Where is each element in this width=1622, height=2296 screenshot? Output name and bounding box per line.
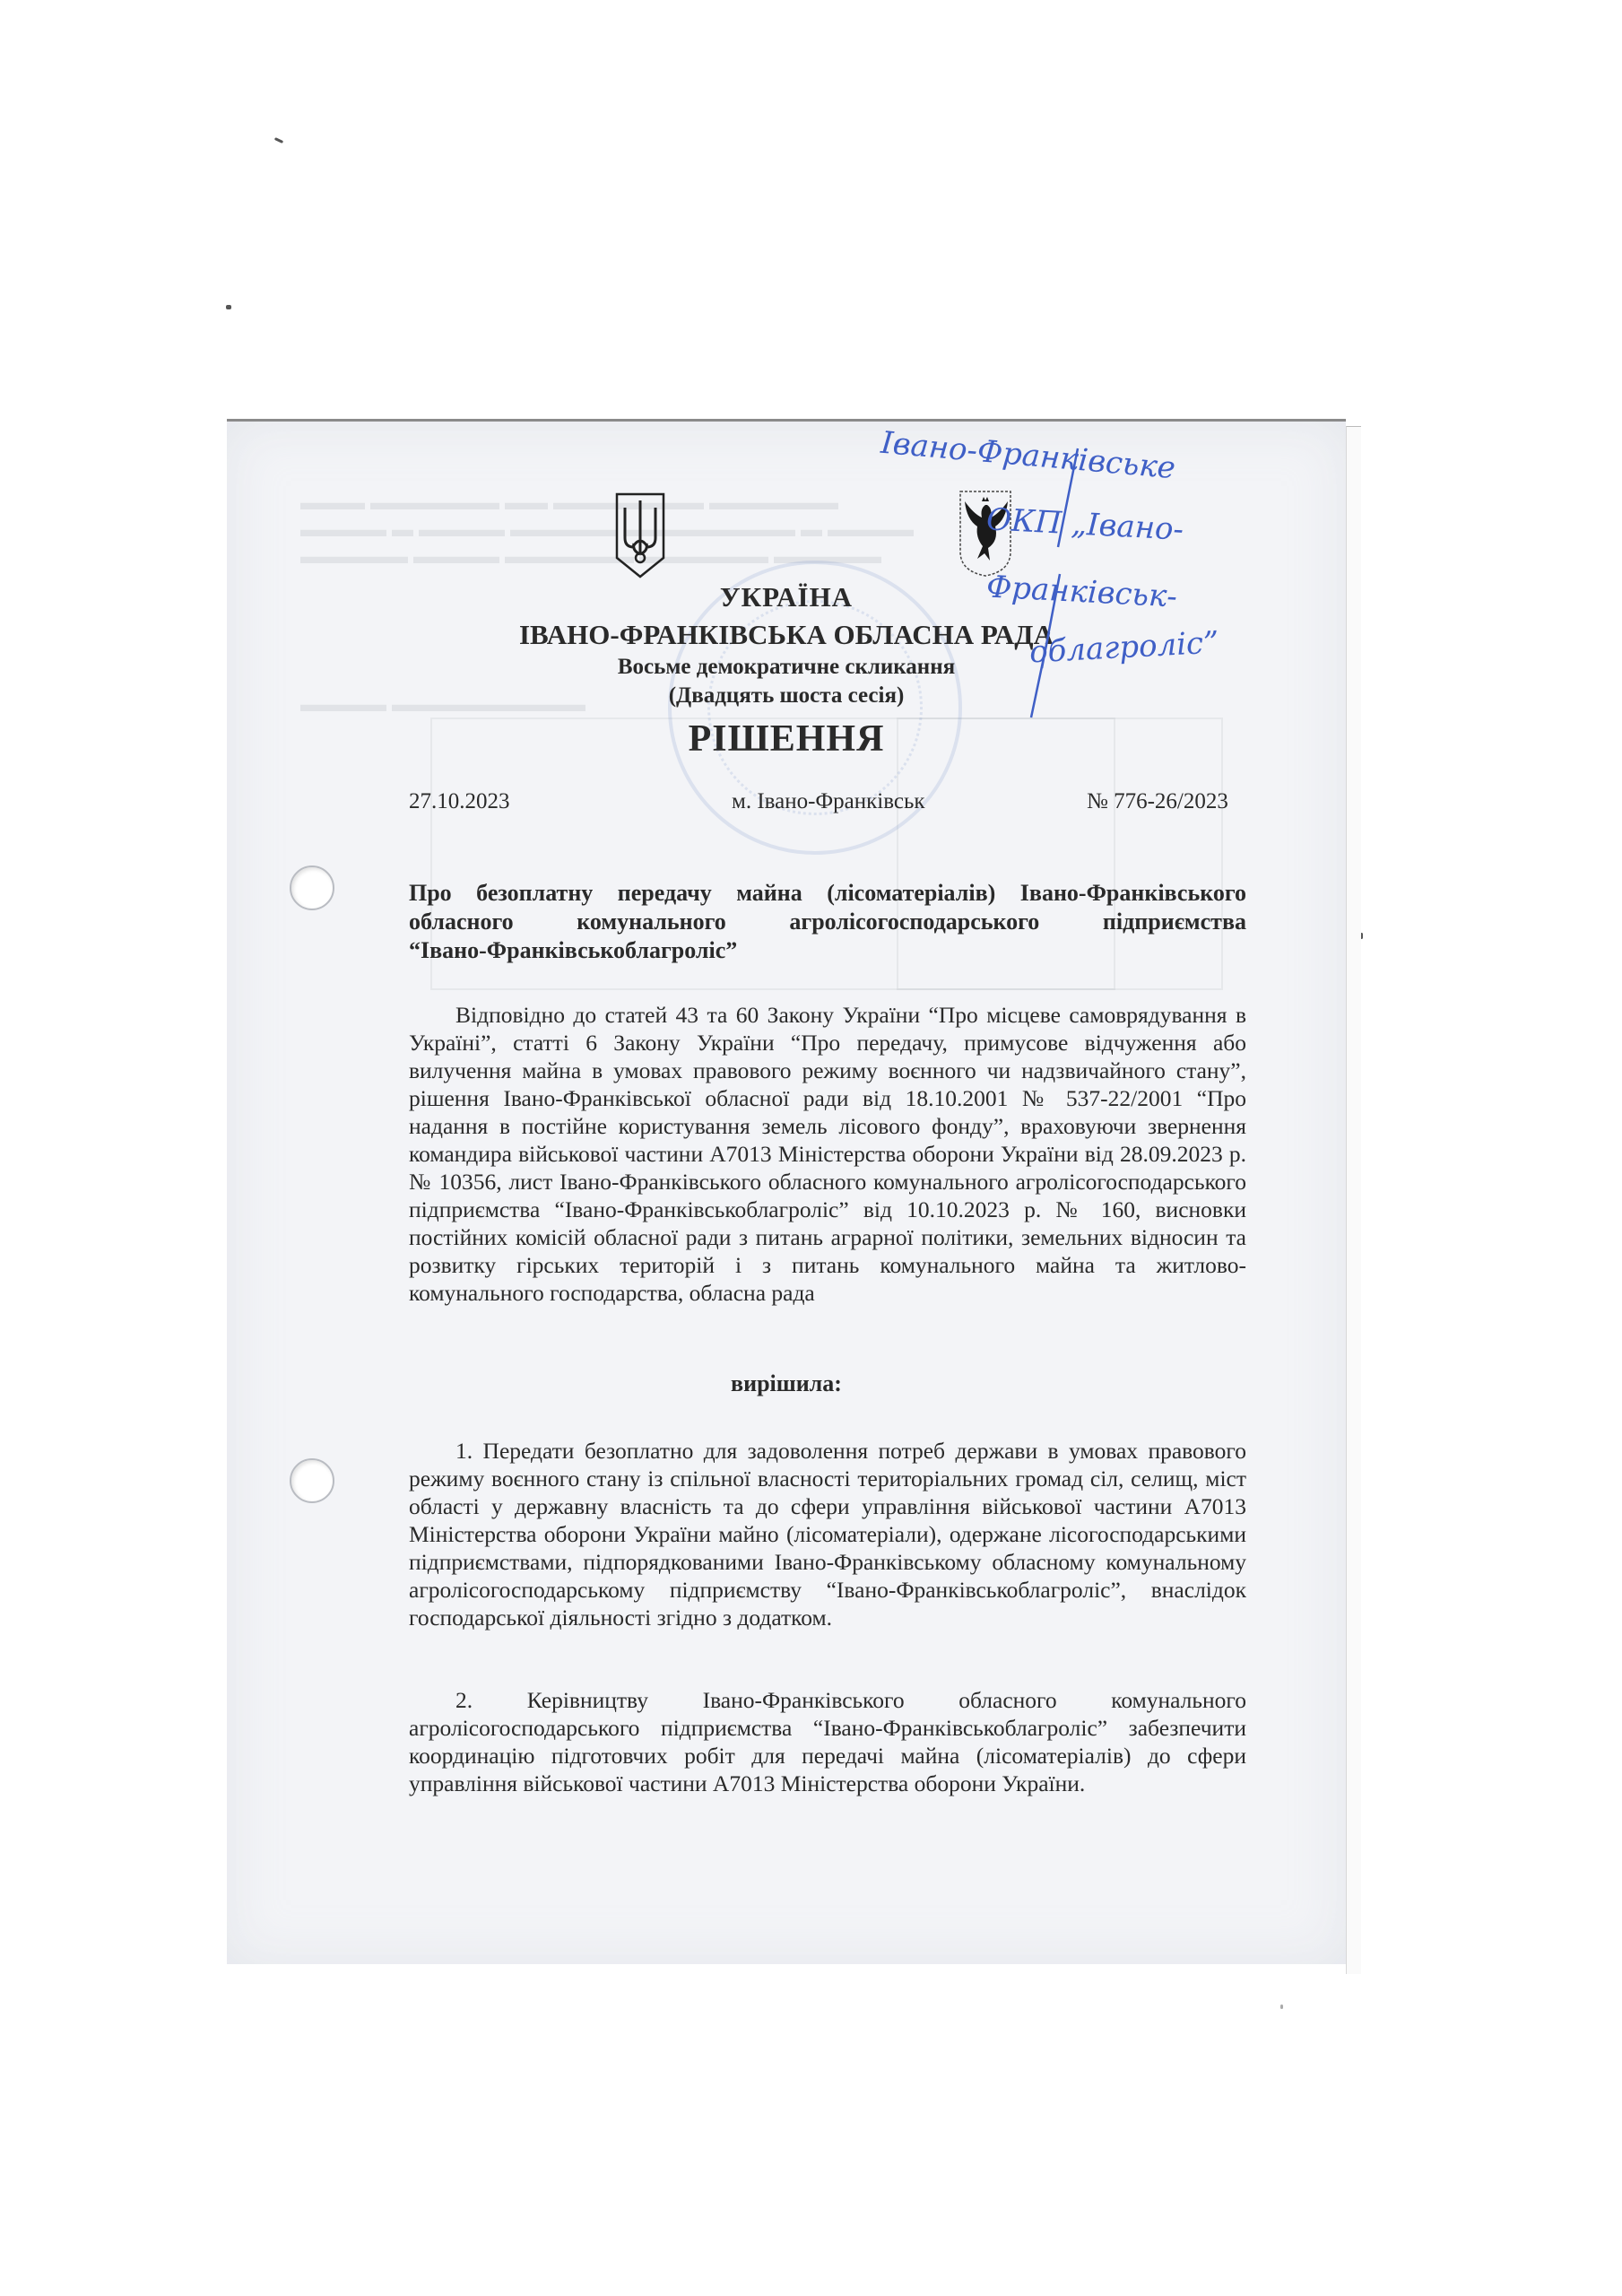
paper-edge-underlay [1346,426,1361,1974]
handwritten-slash-marks [995,439,1103,726]
bleed-through-text: ▬▬▬ ▬▬▬▬▬▬ ▬▬ ▬▬▬▬▬▬▬ ▬▬▬▬▬▬ [300,491,838,516]
subject-line-3: “Івано-Франківськоблагроліс” [409,936,1246,965]
decision-number: № 776-26/2023 [1087,789,1228,814]
resolved-heading: вирішила: [227,1370,1346,1397]
trident-emblem-icon [614,491,666,584]
session-heading: (Двадцять шоста сесія) [227,683,1346,709]
preamble-paragraph: Відповідно до статей 43 та 60 Закону Укр… [409,1001,1246,1307]
decision-subject: Про безоплатну передачу майна (лісоматер… [409,879,1246,965]
decision-place: м. Івано-Франківськ [732,789,925,814]
country-heading: УКРАЇНА [227,581,1346,613]
scan-speck [274,137,283,143]
document-type-title: РІШЕННЯ [227,717,1346,761]
punch-hole [290,1458,334,1503]
bleed-through-text: ▬▬▬▬ ▬ ▬▬▬▬ ▬▬▬▬▬ ▬▬▬▬▬▬▬▬ ▬ ▬▬▬▬ [300,518,914,543]
decision-item-2: 2. Керівництву Івано-Франківського облас… [409,1686,1246,1797]
decision-date: 27.10.2023 [409,789,510,814]
decision-item-1: 1. Передати безоплатно для задоволення п… [409,1437,1246,1631]
subject-line-1: Про безоплатну передачу майна (лісоматер… [409,879,1246,908]
punch-hole [290,865,334,910]
scan-speck [1280,2005,1283,2009]
subject-line-2: обласного комунального агролісогосподарс… [409,908,1246,936]
scan-speck [226,305,231,309]
